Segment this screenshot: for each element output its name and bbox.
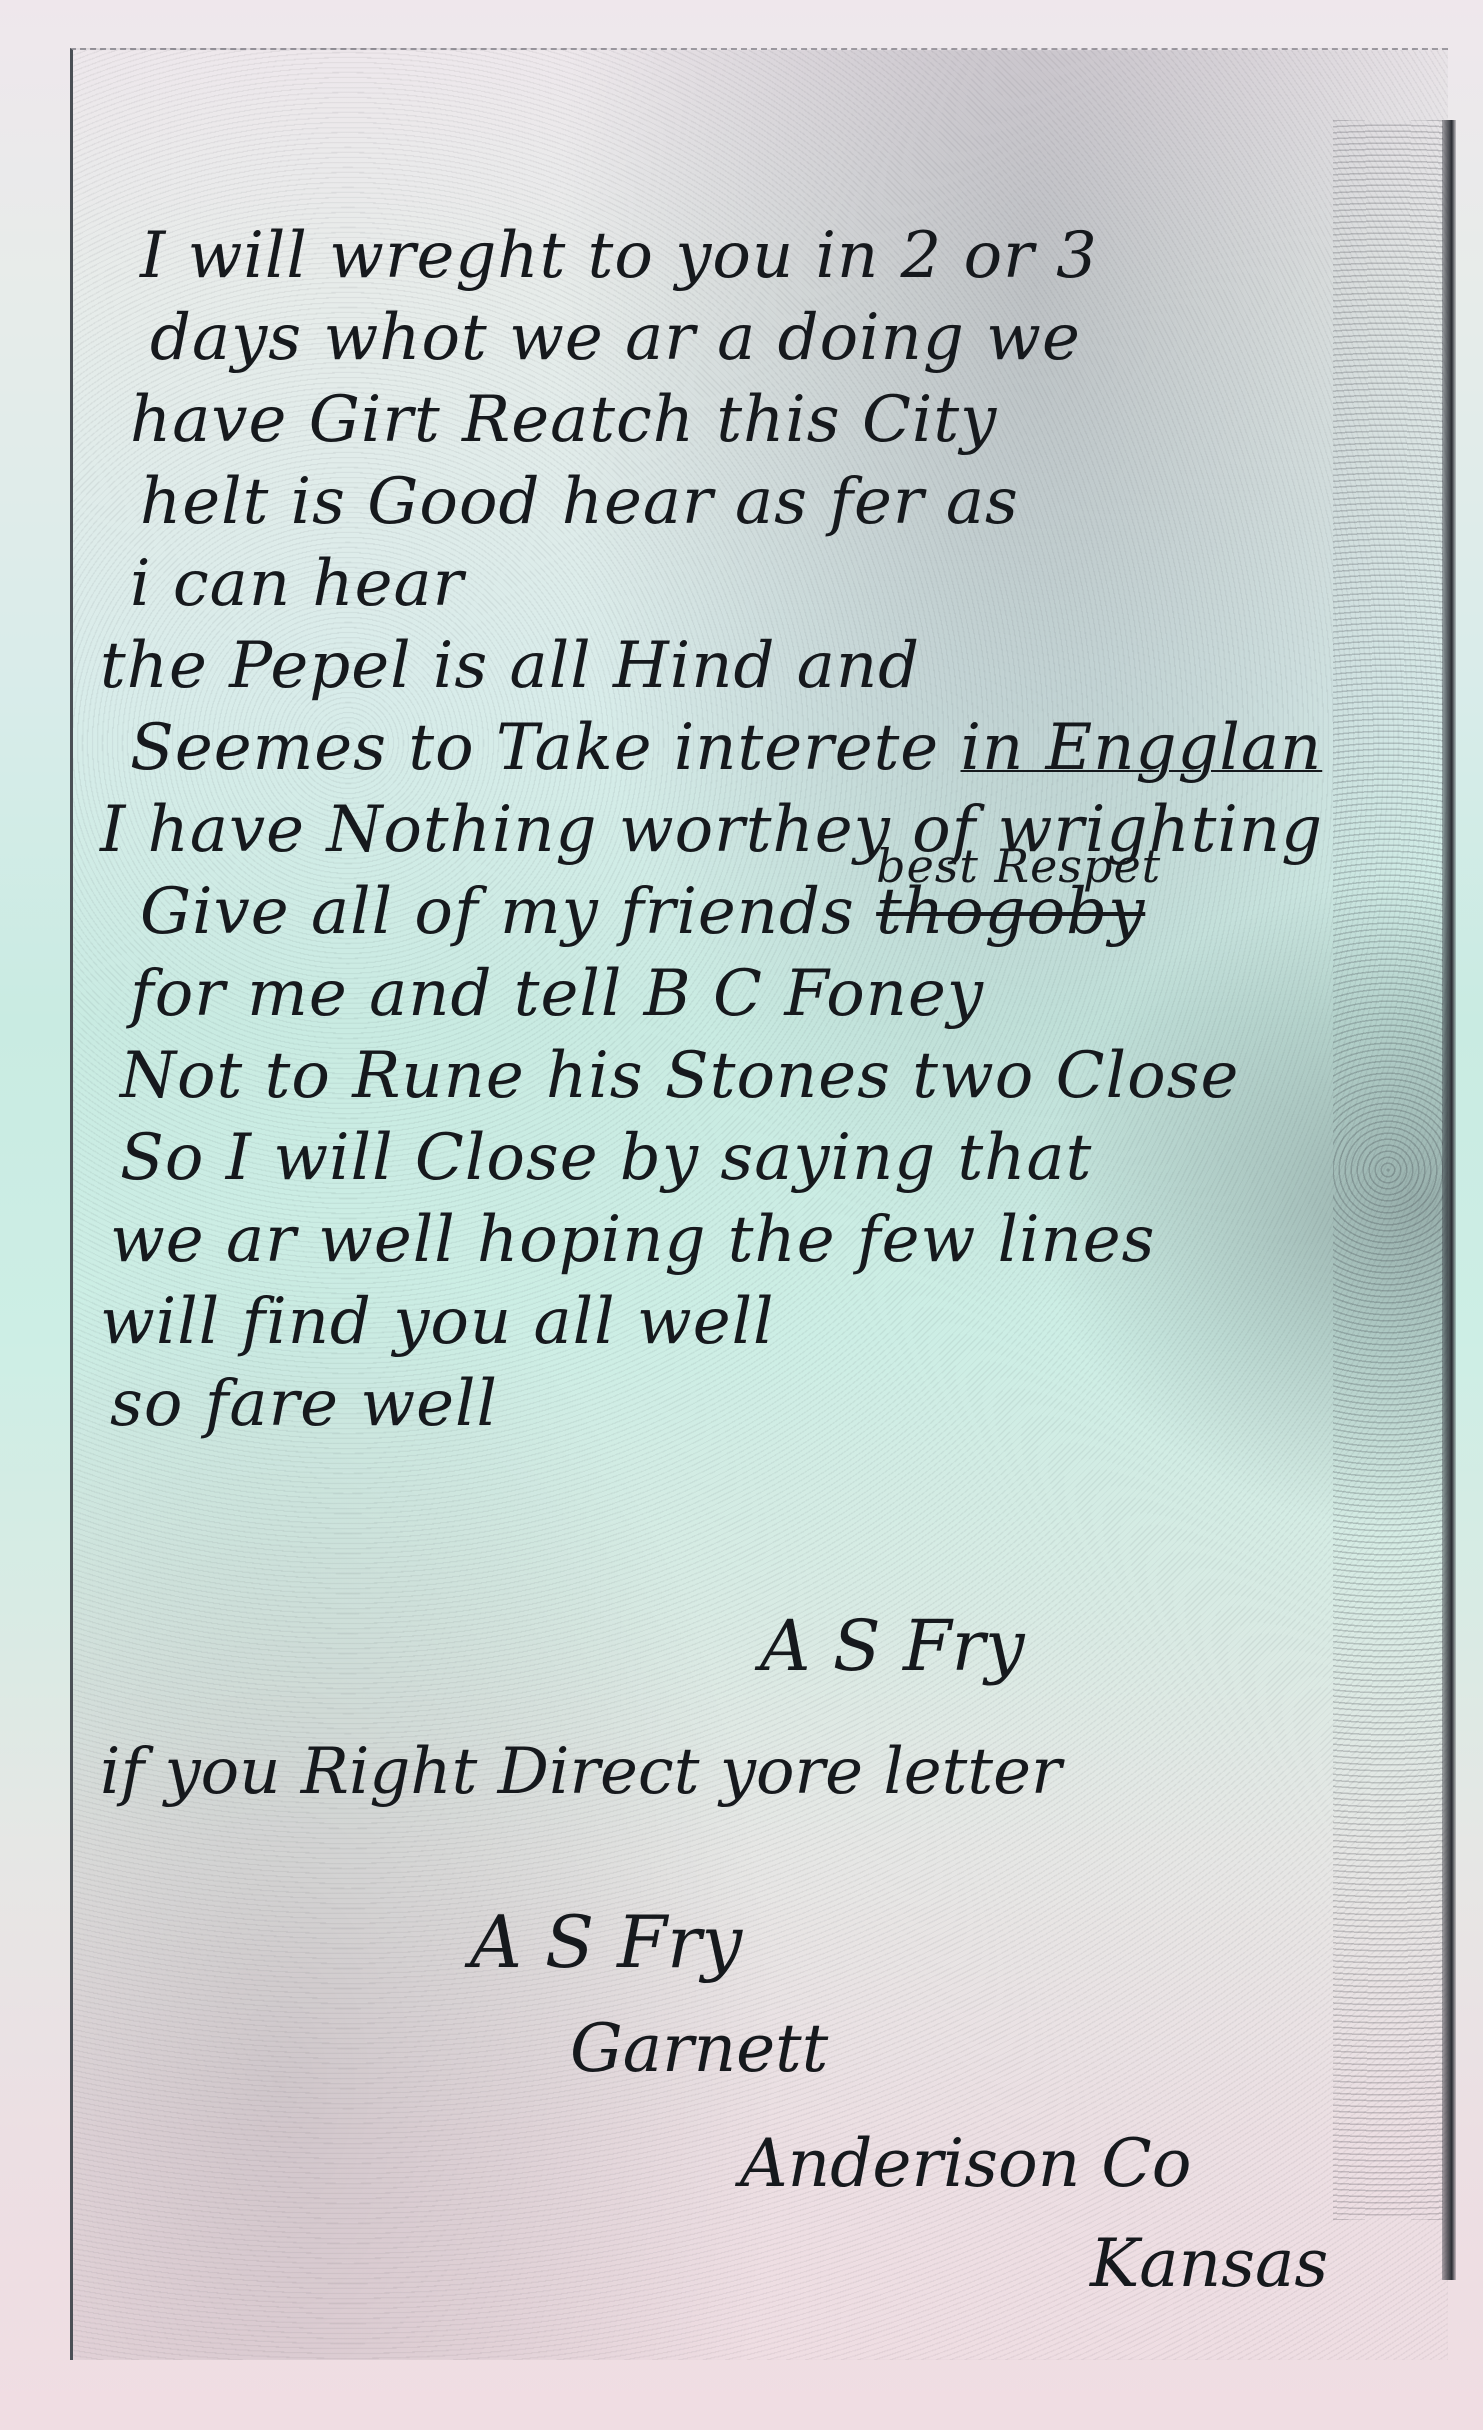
letter-line: i can hear <box>100 543 1420 625</box>
letter-text: Seemes to Take interete <box>130 711 939 785</box>
letter-line-with-correction: Give all of my friends best Respet thogo… <box>100 871 1420 953</box>
address-name: A S Fry <box>470 1900 742 1984</box>
address-state: Kansas <box>1090 2225 1328 2302</box>
letter-line: I have Nothing worthey of wrighting <box>100 789 1420 871</box>
letter-text: Give all of my friends <box>140 875 855 949</box>
letter-line: for me and tell B C Foney <box>100 953 1420 1035</box>
letter-line: I will wreght to you in 2 or 3 <box>100 215 1420 297</box>
letter-line: will find you all well <box>100 1281 1420 1363</box>
signature: A S Fry <box>760 1605 1025 1687</box>
letter-line: helt is Good hear as fer as <box>100 461 1420 543</box>
letter-line: So I will Close by saying that <box>100 1117 1420 1199</box>
letter-line: we ar well hoping the few lines <box>100 1199 1420 1281</box>
letter-body: I will wreght to you in 2 or 3 days whot… <box>100 215 1420 1445</box>
correction: best Respet thogoby <box>876 875 1145 949</box>
letter-line: have Girt Reatch this City <box>100 379 1420 461</box>
letter-line: the Pepel is all Hind and <box>100 625 1420 707</box>
address-county: Anderison Co <box>740 2125 1191 2202</box>
underlined-text: in Engglan <box>961 711 1323 785</box>
postscript: if you Right Direct yore letter <box>100 1735 1062 1809</box>
inserted-text: best Respet <box>876 825 1161 907</box>
letter-line: Not to Rune his Stones two Close <box>100 1035 1420 1117</box>
letter-line: so fare well <box>100 1363 1420 1445</box>
letter-line-with-underline: Seemes to Take interete in Engglan <box>100 707 1420 789</box>
letter-line: days whot we ar a doing we <box>100 297 1420 379</box>
address-town: Garnett <box>570 2010 828 2087</box>
